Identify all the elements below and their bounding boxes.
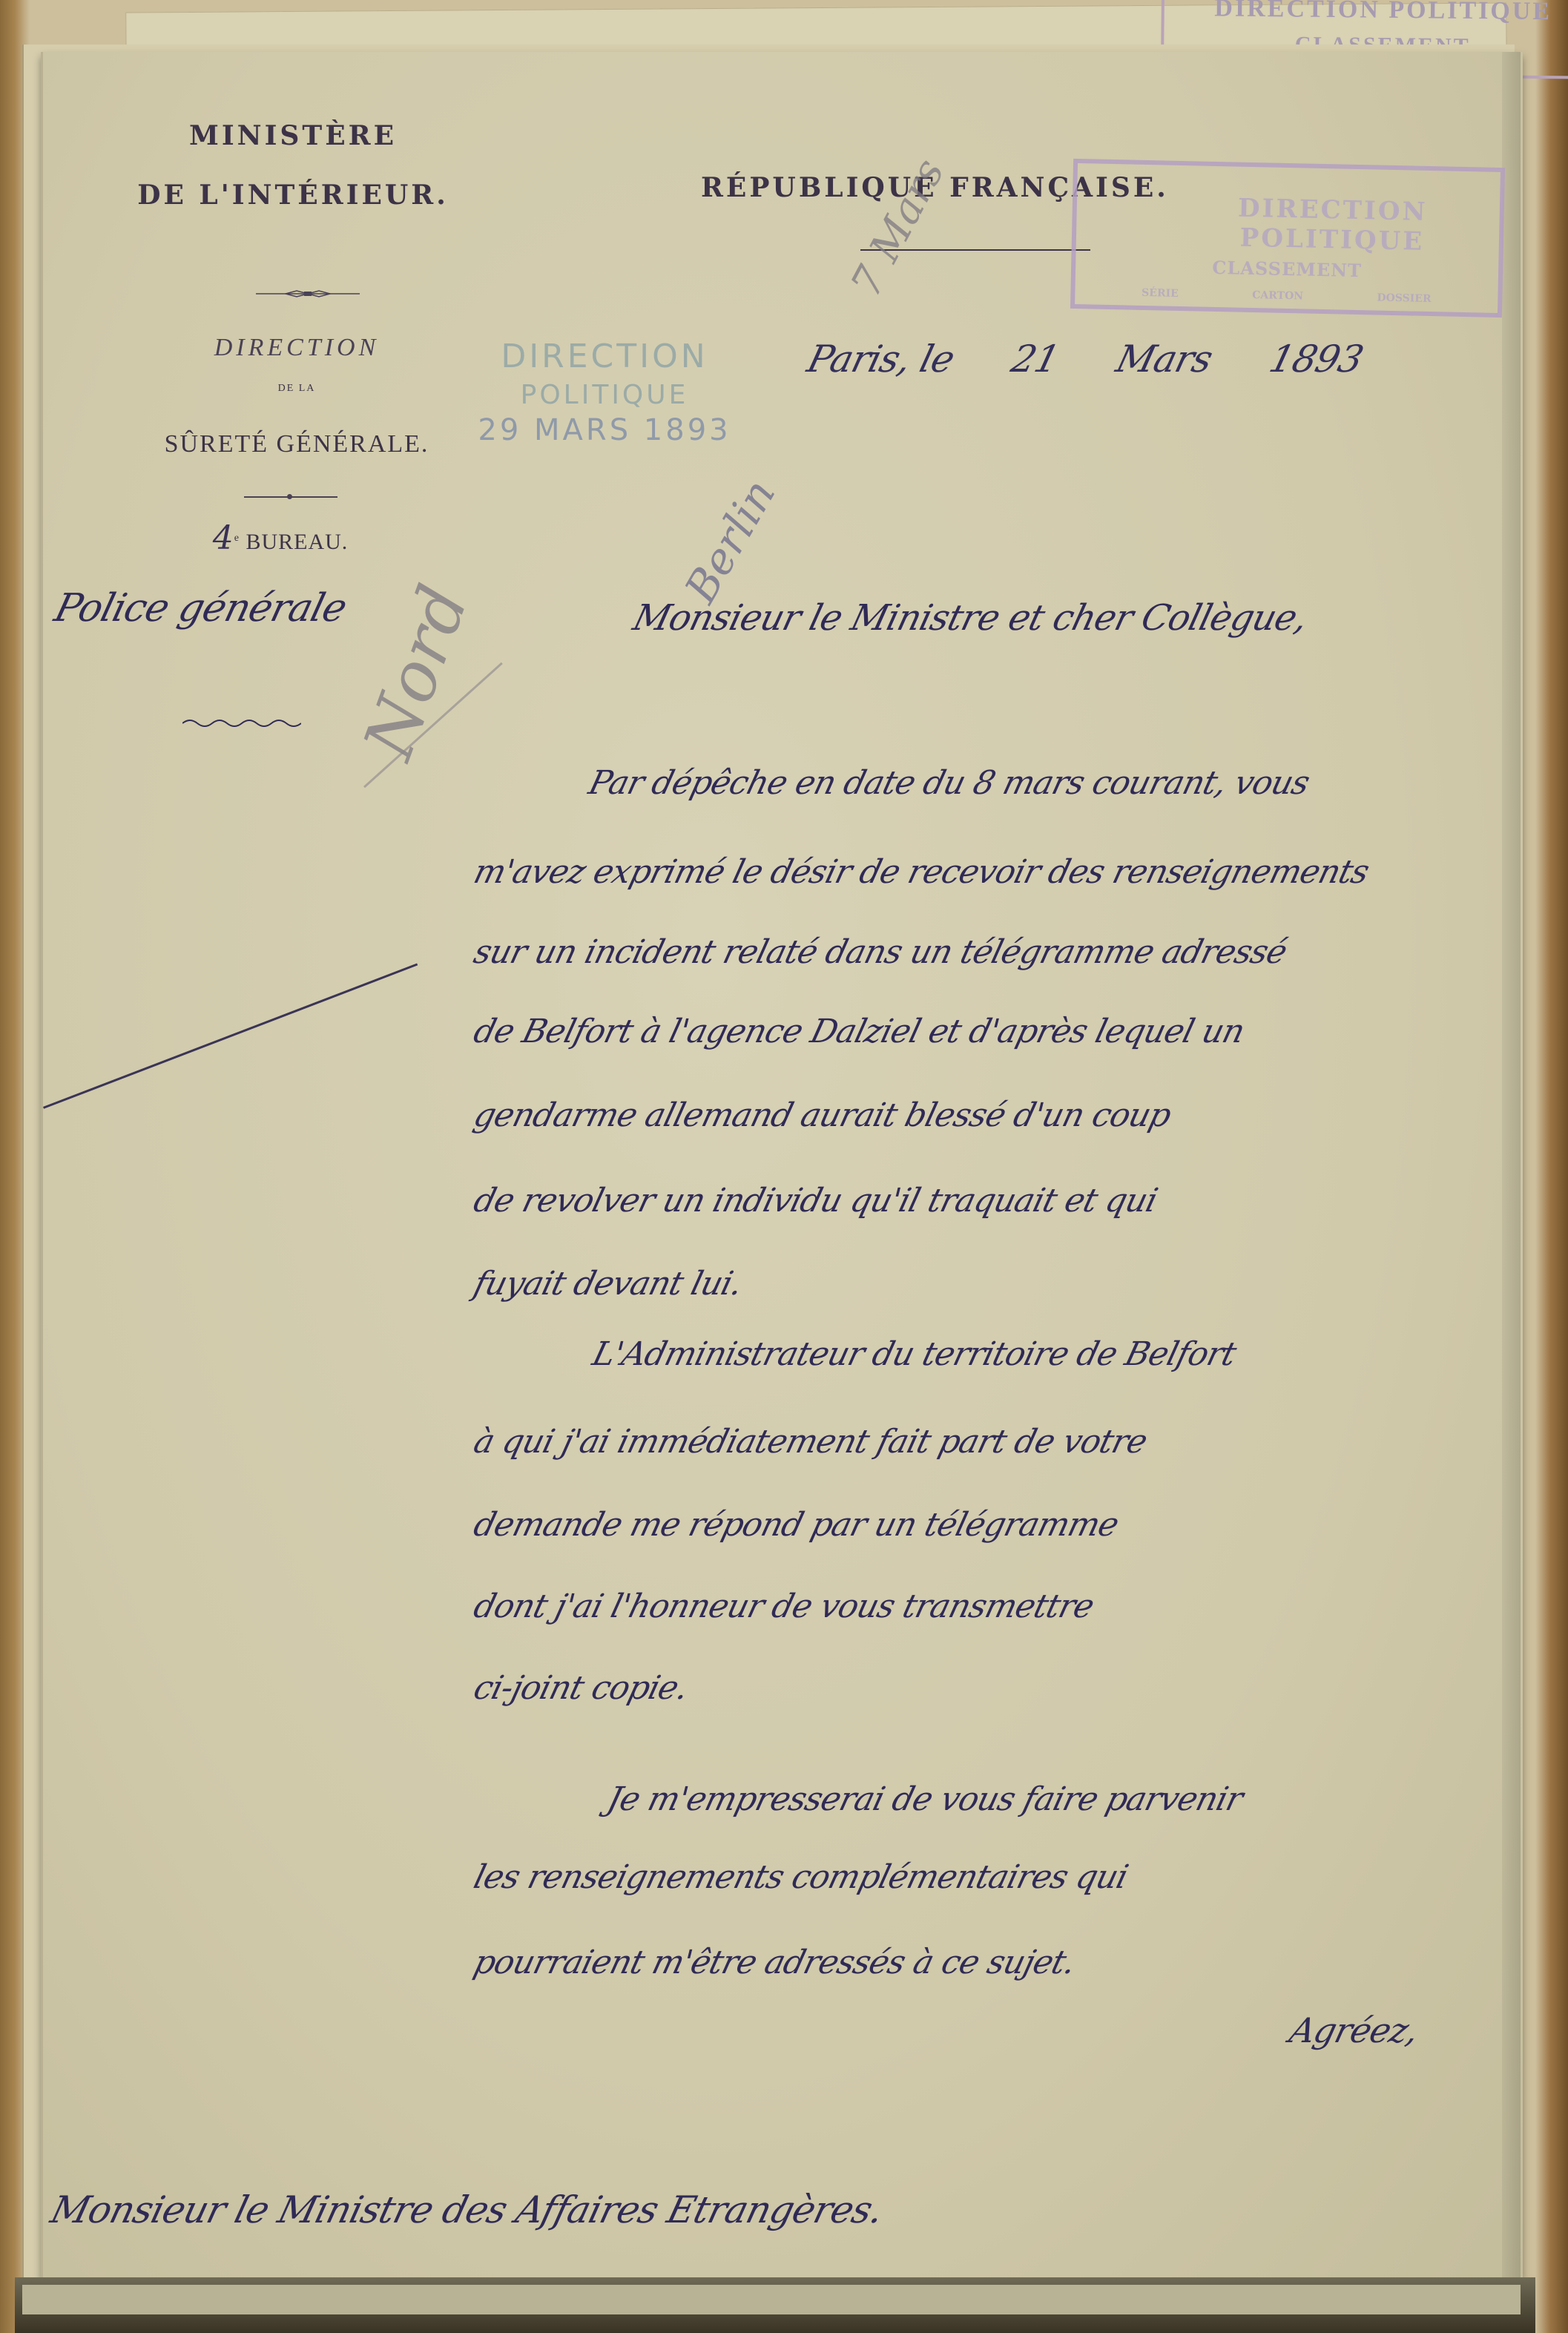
salutation: Monsieur le Ministre et cher Collègue, xyxy=(629,597,1311,639)
police-generale-handwritten: Police générale xyxy=(50,586,351,631)
letter-line: de Belfort à l'agence Dalziel et d'après… xyxy=(470,1013,1248,1050)
closing-agreez: Agréez, xyxy=(1285,2010,1422,2050)
date-month: Mars xyxy=(1112,338,1216,381)
letter-line: Par dépêche en date du 8 mars courant, v… xyxy=(585,764,1314,802)
ministry-title-line2: DE L'INTÉRIEUR. xyxy=(111,180,475,211)
letter-line: Je m'empresserai de vous faire parvenir xyxy=(604,1780,1247,1818)
direction-politique-stamp: DIRECTION POLITIQUE 29 MARS 1893 xyxy=(464,338,745,447)
classement-stamp-fields: SÉRIE CARTON DOSSIER xyxy=(1075,286,1498,306)
field-dossier: DOSSIER xyxy=(1377,292,1431,306)
squiggle-flourish-icon xyxy=(182,716,301,728)
letter-line: sur un incident relaté dans un télégramm… xyxy=(470,933,1291,971)
addressee-line: Monsieur le Ministre des Affaires Etrang… xyxy=(47,2188,888,2231)
surete-generale-label: SÛRETÉ GÉNÉRALE. xyxy=(134,430,460,458)
field-serie: SÉRIE xyxy=(1142,287,1179,300)
letter-line: fuyait devant lui. xyxy=(470,1265,746,1303)
stamp-received-date: 29 MARS 1893 xyxy=(464,413,745,447)
paper-fold-edge xyxy=(1502,52,1521,2277)
date-place: Paris, le xyxy=(803,338,959,381)
letter-line: de revolver un individu qu'il traquait e… xyxy=(470,1182,1161,1220)
classement-stamp-line1: DIRECTION POLITIQUE xyxy=(1076,190,1501,258)
letter-line: L'Administrateur du territoire de Belfor… xyxy=(589,1335,1240,1373)
letter-line: les renseignements complémentaires qui xyxy=(470,1858,1132,1896)
underlying-sheet-edge xyxy=(22,2285,1521,2314)
stamp-direction: DIRECTION xyxy=(464,338,745,375)
bureau-suffix: e xyxy=(234,533,240,544)
date-day: 21 xyxy=(1007,338,1064,381)
letter-line: à qui j'ai immédiatement fait part de vo… xyxy=(470,1423,1151,1461)
classement-stamp: DIRECTION POLITIQUE CLASSEMENT SÉRIE CAR… xyxy=(1070,159,1505,317)
classement-stamp-line2: CLASSEMENT xyxy=(1075,254,1498,284)
letter-line: m'avez exprimé le désir de recevoir des … xyxy=(470,853,1373,891)
bureau-label: 4e BUREAU. xyxy=(169,519,392,557)
letter-line: ci-joint copie. xyxy=(470,1669,692,1707)
letter-line: demande me répond par un télégramme xyxy=(470,1506,1122,1544)
small-divider xyxy=(244,496,337,498)
bureau-text: BUREAU. xyxy=(246,530,348,554)
field-carton: CARTON xyxy=(1252,289,1303,302)
ministry-title-line1: MINISTÈRE xyxy=(145,120,441,151)
letter-line: gendarme allemand aurait blessé d'un cou… xyxy=(470,1096,1175,1134)
letter-date: Paris, le 21 Mars 1893 xyxy=(803,338,1367,381)
de-la-label: DE LA xyxy=(245,383,349,395)
bureau-number: 4 xyxy=(213,519,234,557)
direction-label: DIRECTION xyxy=(148,334,445,362)
date-year: 1893 xyxy=(1265,338,1368,381)
letter-line: dont j'ai l'honneur de vous transmettre xyxy=(470,1587,1098,1625)
stamp-politique: POLITIQUE xyxy=(464,380,745,410)
ornament-divider-icon xyxy=(256,289,360,299)
letter-line: pourraient m'être adressés à ce sujet. xyxy=(470,1944,1079,1981)
